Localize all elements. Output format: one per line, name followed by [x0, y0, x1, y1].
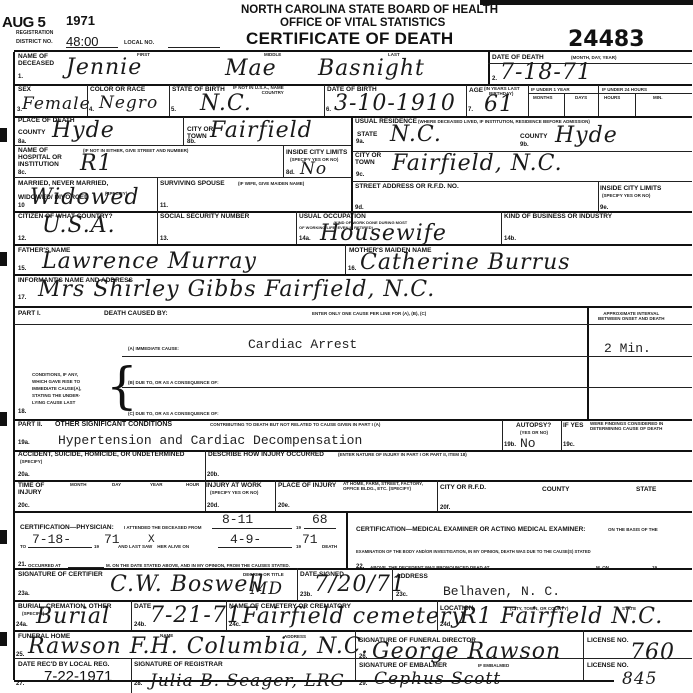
injury-at-work-label: INJURY AT WORK [206, 482, 262, 489]
attended-from-value: 8-11 [222, 513, 253, 527]
marital-status-value: Widowed [30, 186, 140, 210]
attended-to-value: 7-18- [32, 533, 71, 547]
divider [352, 181, 692, 182]
item-8c: 8c. [18, 170, 26, 176]
divider [355, 630, 356, 680]
header-line-2: OFFICE OF VITAL STATISTICS [280, 17, 445, 29]
item-24b: 24b. [134, 622, 146, 628]
item-19a: 19a. [18, 440, 30, 446]
divider [528, 93, 692, 94]
findings-label: WERE FINDINGS CONSIDERED INDETERMINING C… [590, 421, 663, 431]
divider [488, 52, 490, 84]
certificate-number: 24483 [568, 27, 645, 52]
divider [14, 324, 692, 325]
death-caused-by-label: DEATH CAUSED BY: [104, 310, 168, 317]
hospital-label: NAME OFHOSPITAL ORINSTITUTION [18, 147, 62, 168]
item-20a: 20a. [18, 472, 30, 478]
sex-value: Female [22, 95, 91, 114]
registration-marker [0, 632, 7, 646]
sig-certifier-label: SIGNATURE OF CERTIFIER [18, 571, 103, 578]
me-line-2: EXAMINATION OF THE BODY AND/OR INVESTIGA… [356, 549, 591, 554]
address-label: ADDRESS [396, 573, 428, 580]
item-15: 15. [18, 266, 26, 272]
injury-note: (ENTER NATURE OF INJURY IN PART I OR PAR… [338, 452, 467, 457]
due-to-b-label: (b) DUE TO, OR AS A CONSEQUENCE OF: [128, 380, 219, 385]
divider [283, 145, 284, 177]
year-label: YEAR [150, 482, 163, 487]
registration-marker [0, 530, 7, 544]
first-name-value: Jennie [66, 56, 142, 80]
city-of-death-value: Fairfield [210, 119, 313, 143]
embalmer-license-value: 845 [622, 670, 657, 689]
divider [183, 117, 184, 145]
embalmer-license-label: LICENSE NO. [587, 662, 629, 669]
item-23c: 23c. [396, 592, 408, 598]
nineteen-label-2: 19 [94, 544, 99, 549]
funeral-director-signature: George Rawson [372, 640, 561, 664]
divider [275, 480, 276, 511]
divider [131, 600, 132, 630]
divider [598, 85, 599, 116]
item-24a: 24a. [16, 622, 28, 628]
name-of-deceased-label: NAME OFDECEASED [18, 53, 58, 67]
city-rfd-label: CITY OR R.F.D. [440, 484, 486, 491]
res-city-value: Fairfield, N.C. [392, 152, 563, 176]
date-recd-label: DATE REC'D BY LOCAL REG. [18, 661, 109, 668]
top-black-bar [480, 0, 693, 5]
divider [297, 568, 298, 600]
divider [14, 568, 692, 570]
divider [437, 480, 438, 511]
item-11: 11. [160, 203, 168, 209]
immediate-cause-value: Cardiac Arrest [248, 338, 357, 352]
place-of-injury-label: PLACE OF INJURY [278, 482, 336, 489]
due-to-c-label: (c) DUE TO, OR AS A CONSEQUENCE OF: [128, 411, 219, 416]
divider [635, 93, 636, 116]
item-6: 6. [326, 107, 331, 113]
divider [212, 528, 292, 529]
day-label: DAY [112, 482, 121, 487]
attended-from-label: I ATTENDED THE DECEASED FROM [124, 525, 202, 530]
item-20b: 20b. [207, 472, 219, 478]
divider [14, 630, 692, 632]
divider [14, 511, 692, 513]
county-of-death-value: Hyde [52, 119, 115, 143]
res-county-label: COUNTY [520, 133, 547, 140]
registration-marker [0, 252, 7, 266]
ssn-label: SOCIAL SECURITY NUMBER [160, 213, 249, 220]
registration-marker [0, 412, 7, 426]
divider [561, 420, 562, 450]
item-2: 2. [492, 76, 497, 82]
divider [392, 568, 393, 600]
divider [466, 85, 467, 116]
last-saw-value: 4-9- [230, 533, 261, 547]
occupation-value: Housewife [320, 222, 447, 246]
divider [14, 306, 692, 308]
res-specify-yes-no: (SPECIFY YES OR NO) [602, 193, 650, 198]
district-underline [66, 47, 118, 48]
divider [226, 600, 227, 630]
autopsy-value: No [520, 437, 536, 451]
me-line-1: ON THE BASIS OF THE [608, 527, 658, 532]
certifier-signature: C.W. Boswell [110, 573, 264, 597]
item-23a: 23a. [18, 591, 30, 597]
brace: { [106, 358, 138, 414]
under-24-hours-label: IF UNDER 24 HOURS [602, 87, 647, 92]
res-city-label: CITY ORTOWN [355, 152, 381, 166]
divider [346, 511, 348, 568]
item-5: 5. [171, 107, 176, 113]
county-label: COUNTY [18, 129, 45, 136]
degree-value: MD [250, 580, 283, 599]
if-embalmed-label: IF EMBALMED [478, 663, 509, 668]
sig-embalmer-label: SIGNATURE OF EMBALMER [359, 662, 447, 669]
other-conditions-note: CONTRIBUTING TO DEATH BUT NOT RELATED TO… [210, 422, 380, 427]
frame-top [14, 50, 692, 52]
item-7: 7. [468, 107, 473, 113]
burial-date-label: DATE [134, 603, 151, 610]
received-stamp-date: AUG 5 [2, 14, 45, 31]
part1-label: PART I. [18, 310, 41, 317]
spouse-note: (IF WIFE, GIVE MAIDEN NAME) [238, 181, 304, 186]
district-label: DISTRICT NO. [16, 40, 53, 45]
divider [14, 600, 692, 602]
item-26: 26. [359, 654, 367, 660]
divider [14, 145, 352, 146]
describe-injury-label: DESCRIBE HOW INJURY OCCURRED [208, 451, 324, 458]
divider [131, 658, 132, 693]
item-1: 1. [18, 74, 23, 80]
degree-label: DEGREE OR TITLE [243, 572, 284, 577]
divider [324, 85, 325, 116]
item-9b: 9b. [520, 142, 529, 148]
autopsy-label: AUTOPSY? [516, 422, 551, 429]
divider [14, 177, 352, 178]
other-conditions-label: OTHER SIGNIFICANT CONDITIONS [55, 421, 172, 428]
item-12: 12. [18, 236, 26, 242]
one-cause-note: ENTER ONLY ONE CAUSE PER LINE FOR (a), (… [312, 311, 426, 316]
item-4: 4. [89, 107, 94, 113]
hour-label: HOUR [186, 482, 199, 487]
part2-label: PART II. [18, 421, 42, 428]
hospital-value: R1 [80, 152, 113, 176]
time-of-injury-label: TIME OFINJURY [18, 482, 44, 496]
attended-from-year-value: 68 [312, 513, 328, 527]
business-label: KIND OF BUSINESS OR INDUSTRY [504, 213, 612, 220]
months-label: MONTHS [533, 95, 553, 100]
item-18: 18. [18, 409, 26, 415]
death-label: DEATH [322, 544, 337, 549]
divider [304, 528, 336, 529]
min-label: MIN. [653, 95, 663, 100]
last-saw-mark: X [148, 533, 155, 547]
location-value: R1 Fairfield N.C. [460, 605, 663, 629]
place-injury-note: AT HOME, FARM, STREET, FACTORY,OFFICE BL… [343, 481, 423, 491]
divider [28, 547, 92, 548]
divider [501, 211, 502, 244]
divider [14, 274, 692, 276]
local-no-label: LOCAL NO. [124, 41, 154, 46]
conditions-label: CONDITIONS, IF ANY,WHICH GAVE RISE TOIMM… [32, 371, 81, 406]
state-of-birth-value: N.C. [200, 92, 252, 116]
res-state-value: N.C. [390, 123, 442, 147]
item-20e: 20e. [278, 503, 290, 509]
color-race-label: COLOR OR RACE [90, 86, 145, 93]
inside-city-limits-label: INSIDE CITY LIMITS [286, 149, 347, 156]
month-label: MONTH [70, 482, 87, 487]
divider [205, 450, 206, 480]
divider [122, 356, 692, 357]
injury-county-label: COUNTY [542, 486, 569, 493]
race-value: Negro [99, 94, 158, 113]
header-line-1: NORTH CAROLINA STATE BOARD OF HEALTH [241, 4, 498, 16]
fd-license-value: 760 [630, 641, 675, 665]
last-saw-year-value: 71 [302, 533, 318, 547]
received-stamp-year: 1971 [66, 13, 95, 28]
divider [87, 85, 88, 116]
divider [598, 181, 599, 211]
citizen-value: U.S.A. [42, 214, 116, 238]
accident-specify: (SPECIFY) [20, 459, 42, 464]
disposition-value: Burial [36, 605, 110, 629]
sex-label: SEX [18, 86, 31, 93]
item-29: 29. [359, 681, 367, 687]
divider [122, 387, 692, 388]
registration-label: REGISTRATION [16, 31, 53, 36]
divider [157, 177, 158, 211]
item-14a: 14a. [299, 236, 311, 242]
date-of-death-value: 7-18-71 [500, 61, 592, 85]
registrar-signature: Julia B. Seager, LRG [150, 672, 345, 691]
embalmer-signature: Cephus Scott [374, 670, 501, 689]
cert-me-label: CERTIFICATION—MEDICAL EXAMINER OR ACTING… [356, 526, 585, 533]
res-state-label: STATE [357, 131, 377, 138]
mother-value: Catherine Burrus [360, 251, 571, 275]
item-17: 17. [18, 295, 26, 301]
registration-marker [0, 128, 7, 142]
divider [564, 93, 565, 116]
injury-state-label: STATE [636, 486, 656, 493]
nineteen-label-3: 19 [296, 544, 301, 549]
fd-license-label: LICENSE NO. [587, 637, 629, 644]
item-24c: 24c. [229, 622, 241, 628]
item-20c: 20c. [18, 503, 30, 509]
divider [14, 116, 692, 118]
certifier-address-value: Belhaven, N. C. [443, 585, 560, 599]
item-27: 27. [16, 681, 24, 687]
item-23b: 23b. [300, 592, 312, 598]
divider [14, 658, 692, 659]
cert-physician-label: CERTIFICATION—PHYSICIAN: [20, 524, 114, 531]
divider [583, 630, 584, 680]
interval-label: APPROXIMATE INTERVALBETWEEN ONSET AND DE… [598, 311, 665, 321]
divider [528, 85, 529, 116]
sig-registrar-label: SIGNATURE OF REGISTRAR [134, 661, 223, 668]
days-label: DAYS [575, 95, 587, 100]
divider [218, 547, 292, 548]
divider [502, 420, 503, 450]
street-address-label: STREET ADDRESS OR R.F.D. NO. [355, 183, 459, 190]
divider [437, 600, 438, 630]
immediate-cause-label: (a) IMMEDIATE CAUSE: [128, 346, 179, 351]
item-24d: 24d. [440, 622, 452, 628]
item-28: 28. [134, 681, 142, 687]
under-1-year-label: IF UNDER 1 YEAR [531, 87, 570, 92]
age-label: AGE [469, 87, 483, 94]
surviving-spouse-label: SURVIVING SPOUSE [160, 180, 225, 187]
last-name-value: Basnight [318, 57, 425, 81]
cemetery-value: Fairfield cemetery [242, 605, 465, 629]
other-conditions-value: Hypertension and Cardiac Decompensation [58, 434, 362, 448]
usual-occupation-label: USUAL OCCUPATION [299, 213, 366, 220]
nineteen-label-1: 19 [296, 525, 301, 530]
date-of-birth-value: 3-10-1910 [334, 92, 456, 116]
item-19c: 19c. [563, 442, 575, 448]
res-inside-city-limits-label: INSIDE CITY LIMITS [600, 185, 661, 192]
divider [14, 244, 692, 246]
date-received-value: 7-22-1971 [44, 668, 112, 685]
father-value: Lawrence Murray [42, 250, 257, 274]
divider [169, 85, 170, 116]
age-value: 61 [484, 93, 514, 117]
item-8d: 8d. [286, 170, 295, 176]
autopsy-note: (YES OR NO) [520, 430, 548, 435]
item-10: 10 [18, 203, 25, 209]
hours-label: HOURS [604, 95, 620, 100]
frame-left [13, 52, 15, 680]
item-13: 13. [160, 236, 168, 242]
accident-label: ACCIDENT, SUICIDE, HOMICIDE, OR UNDETERM… [18, 451, 184, 458]
item-14b: 14b. [504, 236, 516, 242]
if-yes-label: IF YES [563, 422, 583, 429]
middle-name-value: Mae [225, 57, 277, 81]
informant-value: Mrs Shirley Gibbs Fairfield, N.C. [38, 278, 435, 302]
divider [345, 244, 346, 274]
res-county-value: Hyde [555, 124, 618, 148]
item-9c: 9c. [356, 172, 364, 178]
to-label: TO [20, 544, 26, 549]
page-title: CERTIFICATE OF DEATH [246, 29, 453, 49]
item-19b: 19b. [504, 442, 516, 448]
item-16: 16. [348, 266, 356, 272]
local-no-underline [168, 47, 220, 48]
divider [296, 211, 297, 244]
injury-at-work-note: (SPECIFY YES OR NO) [210, 490, 258, 495]
divider [157, 211, 158, 244]
item-9a: 9a. [356, 139, 364, 145]
item-20d: 20d. [207, 503, 219, 509]
interval-value: 2 Min. [604, 342, 651, 356]
funeral-home-value: Rawson F.H. Columbia, N.C. [28, 635, 369, 659]
